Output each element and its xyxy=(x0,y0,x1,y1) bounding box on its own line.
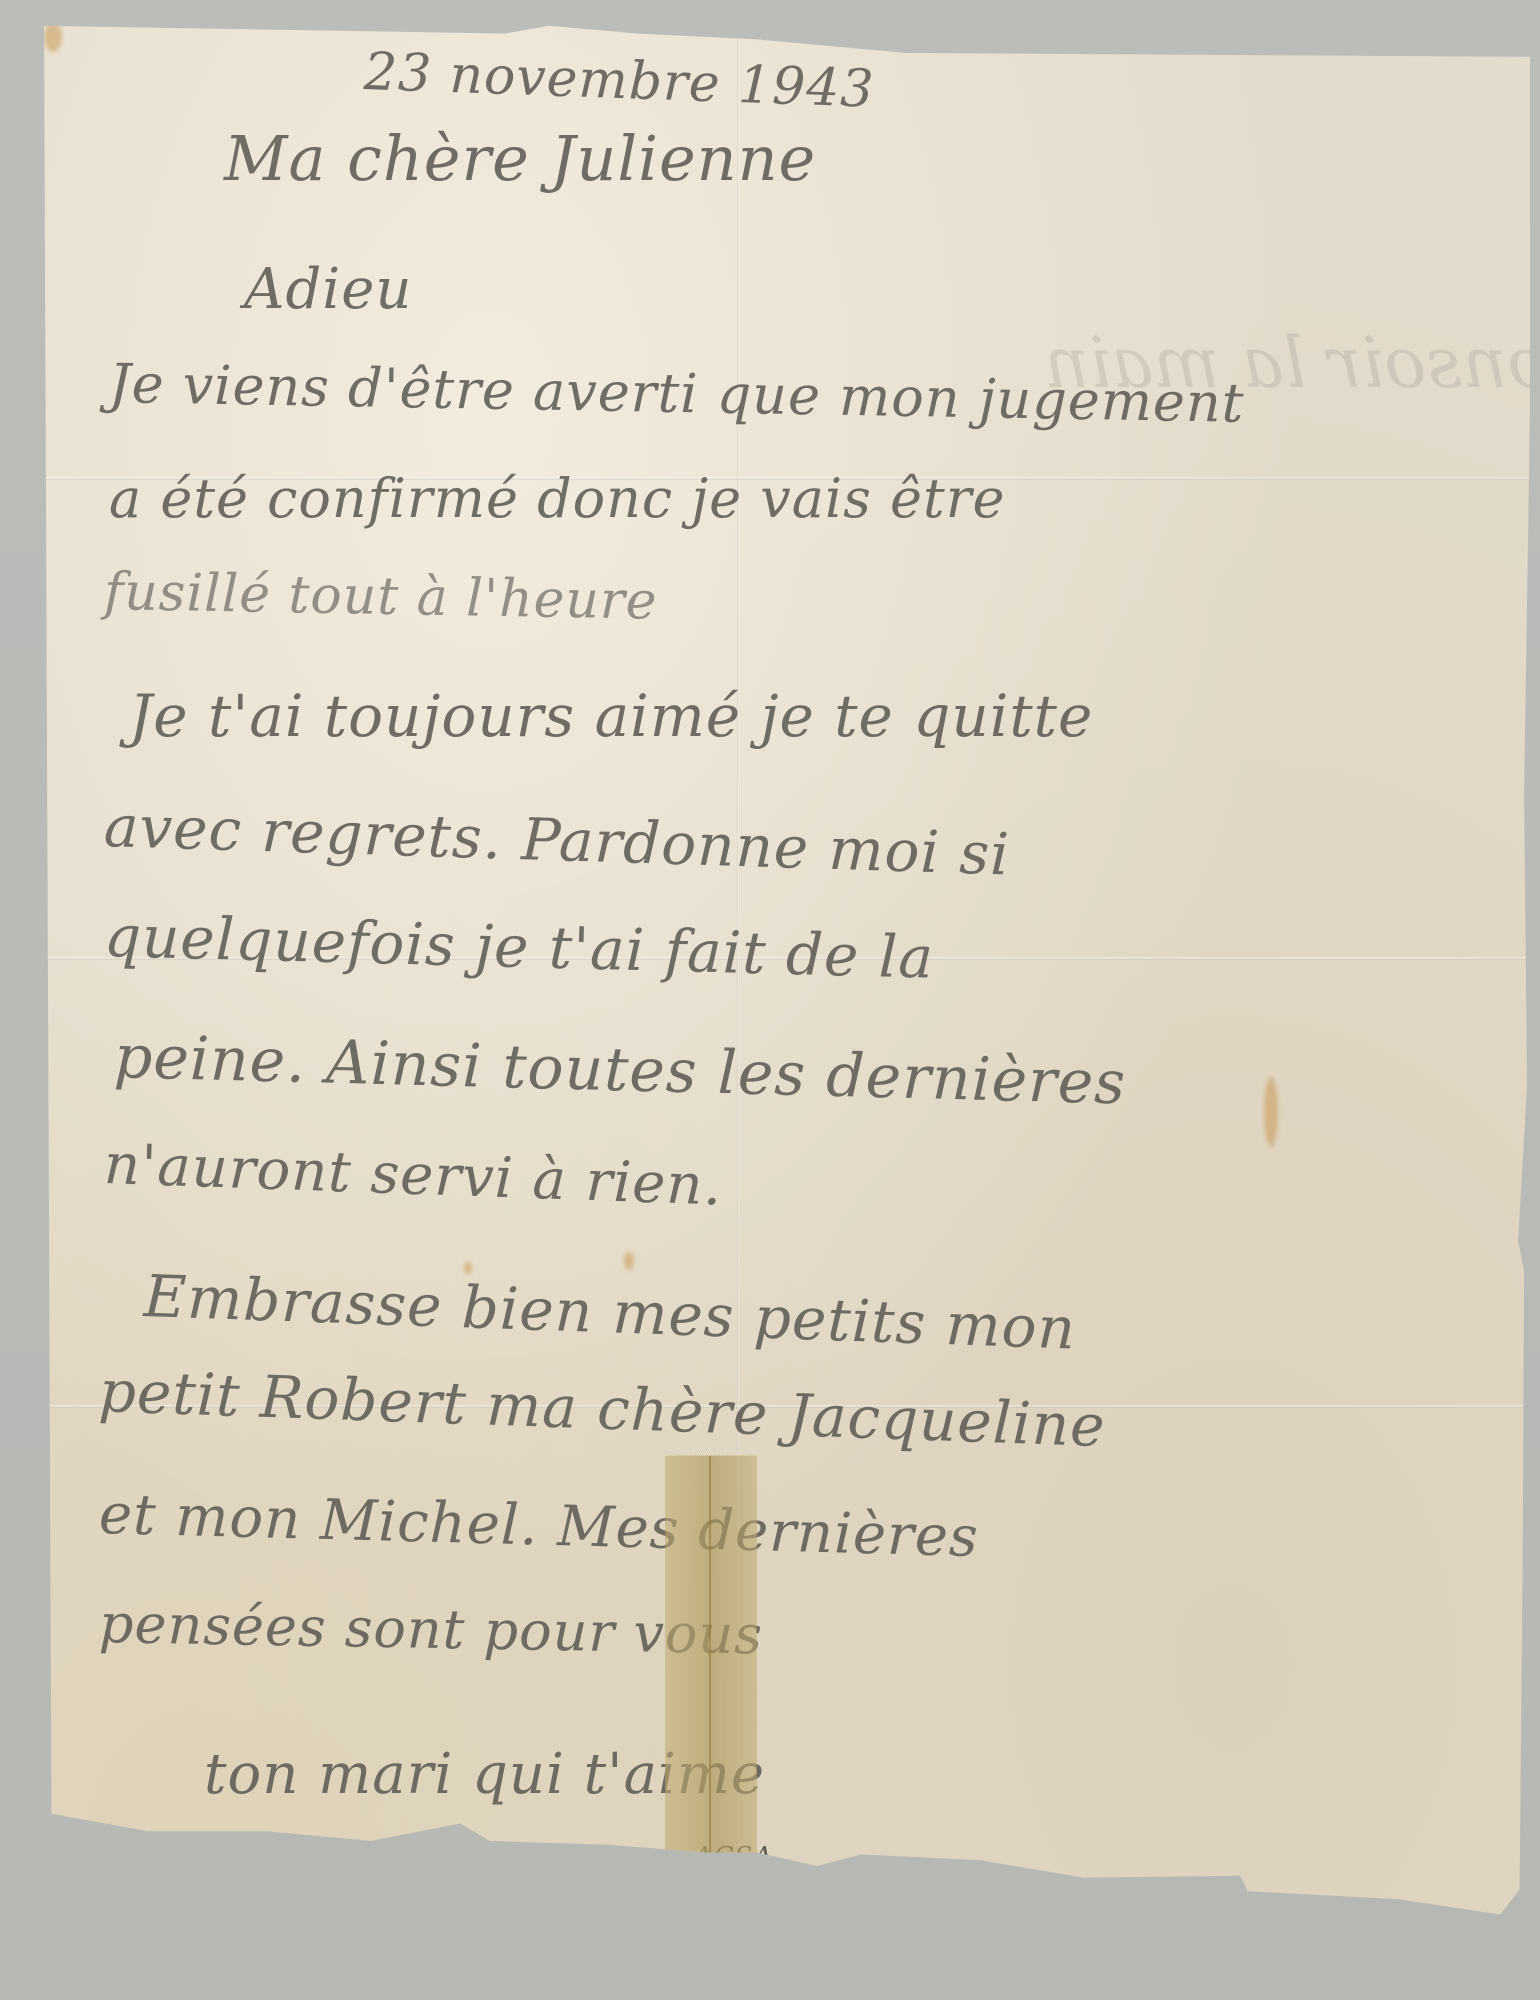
rust-spot xyxy=(624,1252,634,1270)
letter-line: quelquefois je t'ai fait de la xyxy=(103,902,935,992)
salutation: Ma chère Julienne xyxy=(224,122,816,195)
letter-line: fusillé tout à l'heure xyxy=(103,562,658,632)
letter-paper: Bonsoir la main 23 novembre 1943 Ma chèr… xyxy=(44,22,1530,1957)
letter-line: peine. Ainsi toutes les dernières xyxy=(113,1022,1127,1118)
photo-background: Bonsoir la main 23 novembre 1943 Ma chèr… xyxy=(0,0,1540,2000)
letter-line: n'auront servi à rien. xyxy=(103,1132,724,1219)
repair-tape xyxy=(665,1455,757,1936)
opening-word: Adieu xyxy=(244,257,412,322)
letter-line: et mon Michel. Mes dernières xyxy=(98,1482,979,1570)
letter-date: 23 novembre 1943 xyxy=(363,42,876,120)
signature-first-name: Jean xyxy=(684,1877,768,1918)
corner-stain xyxy=(44,22,62,52)
letter-line: Embrasse bien mes petits mon xyxy=(143,1262,1077,1363)
letter-line: pensées sont pour vous xyxy=(98,1592,763,1667)
rust-spot xyxy=(464,1262,472,1274)
tape-seam xyxy=(709,1456,711,1936)
letter-line: a été confirmé donc je vais être xyxy=(109,467,1005,530)
signature-last-name: Blan xyxy=(904,1852,1037,1917)
letter-line: petit Robert ma chère Jacqueline xyxy=(98,1357,1107,1460)
rust-spot xyxy=(1374,1922,1390,1950)
letter-line: Je t'ai toujours aimé je te quitte xyxy=(129,682,1093,750)
rust-stain xyxy=(1264,1077,1278,1147)
letter-line: avec regrets. Pardonne moi si xyxy=(103,792,1011,888)
